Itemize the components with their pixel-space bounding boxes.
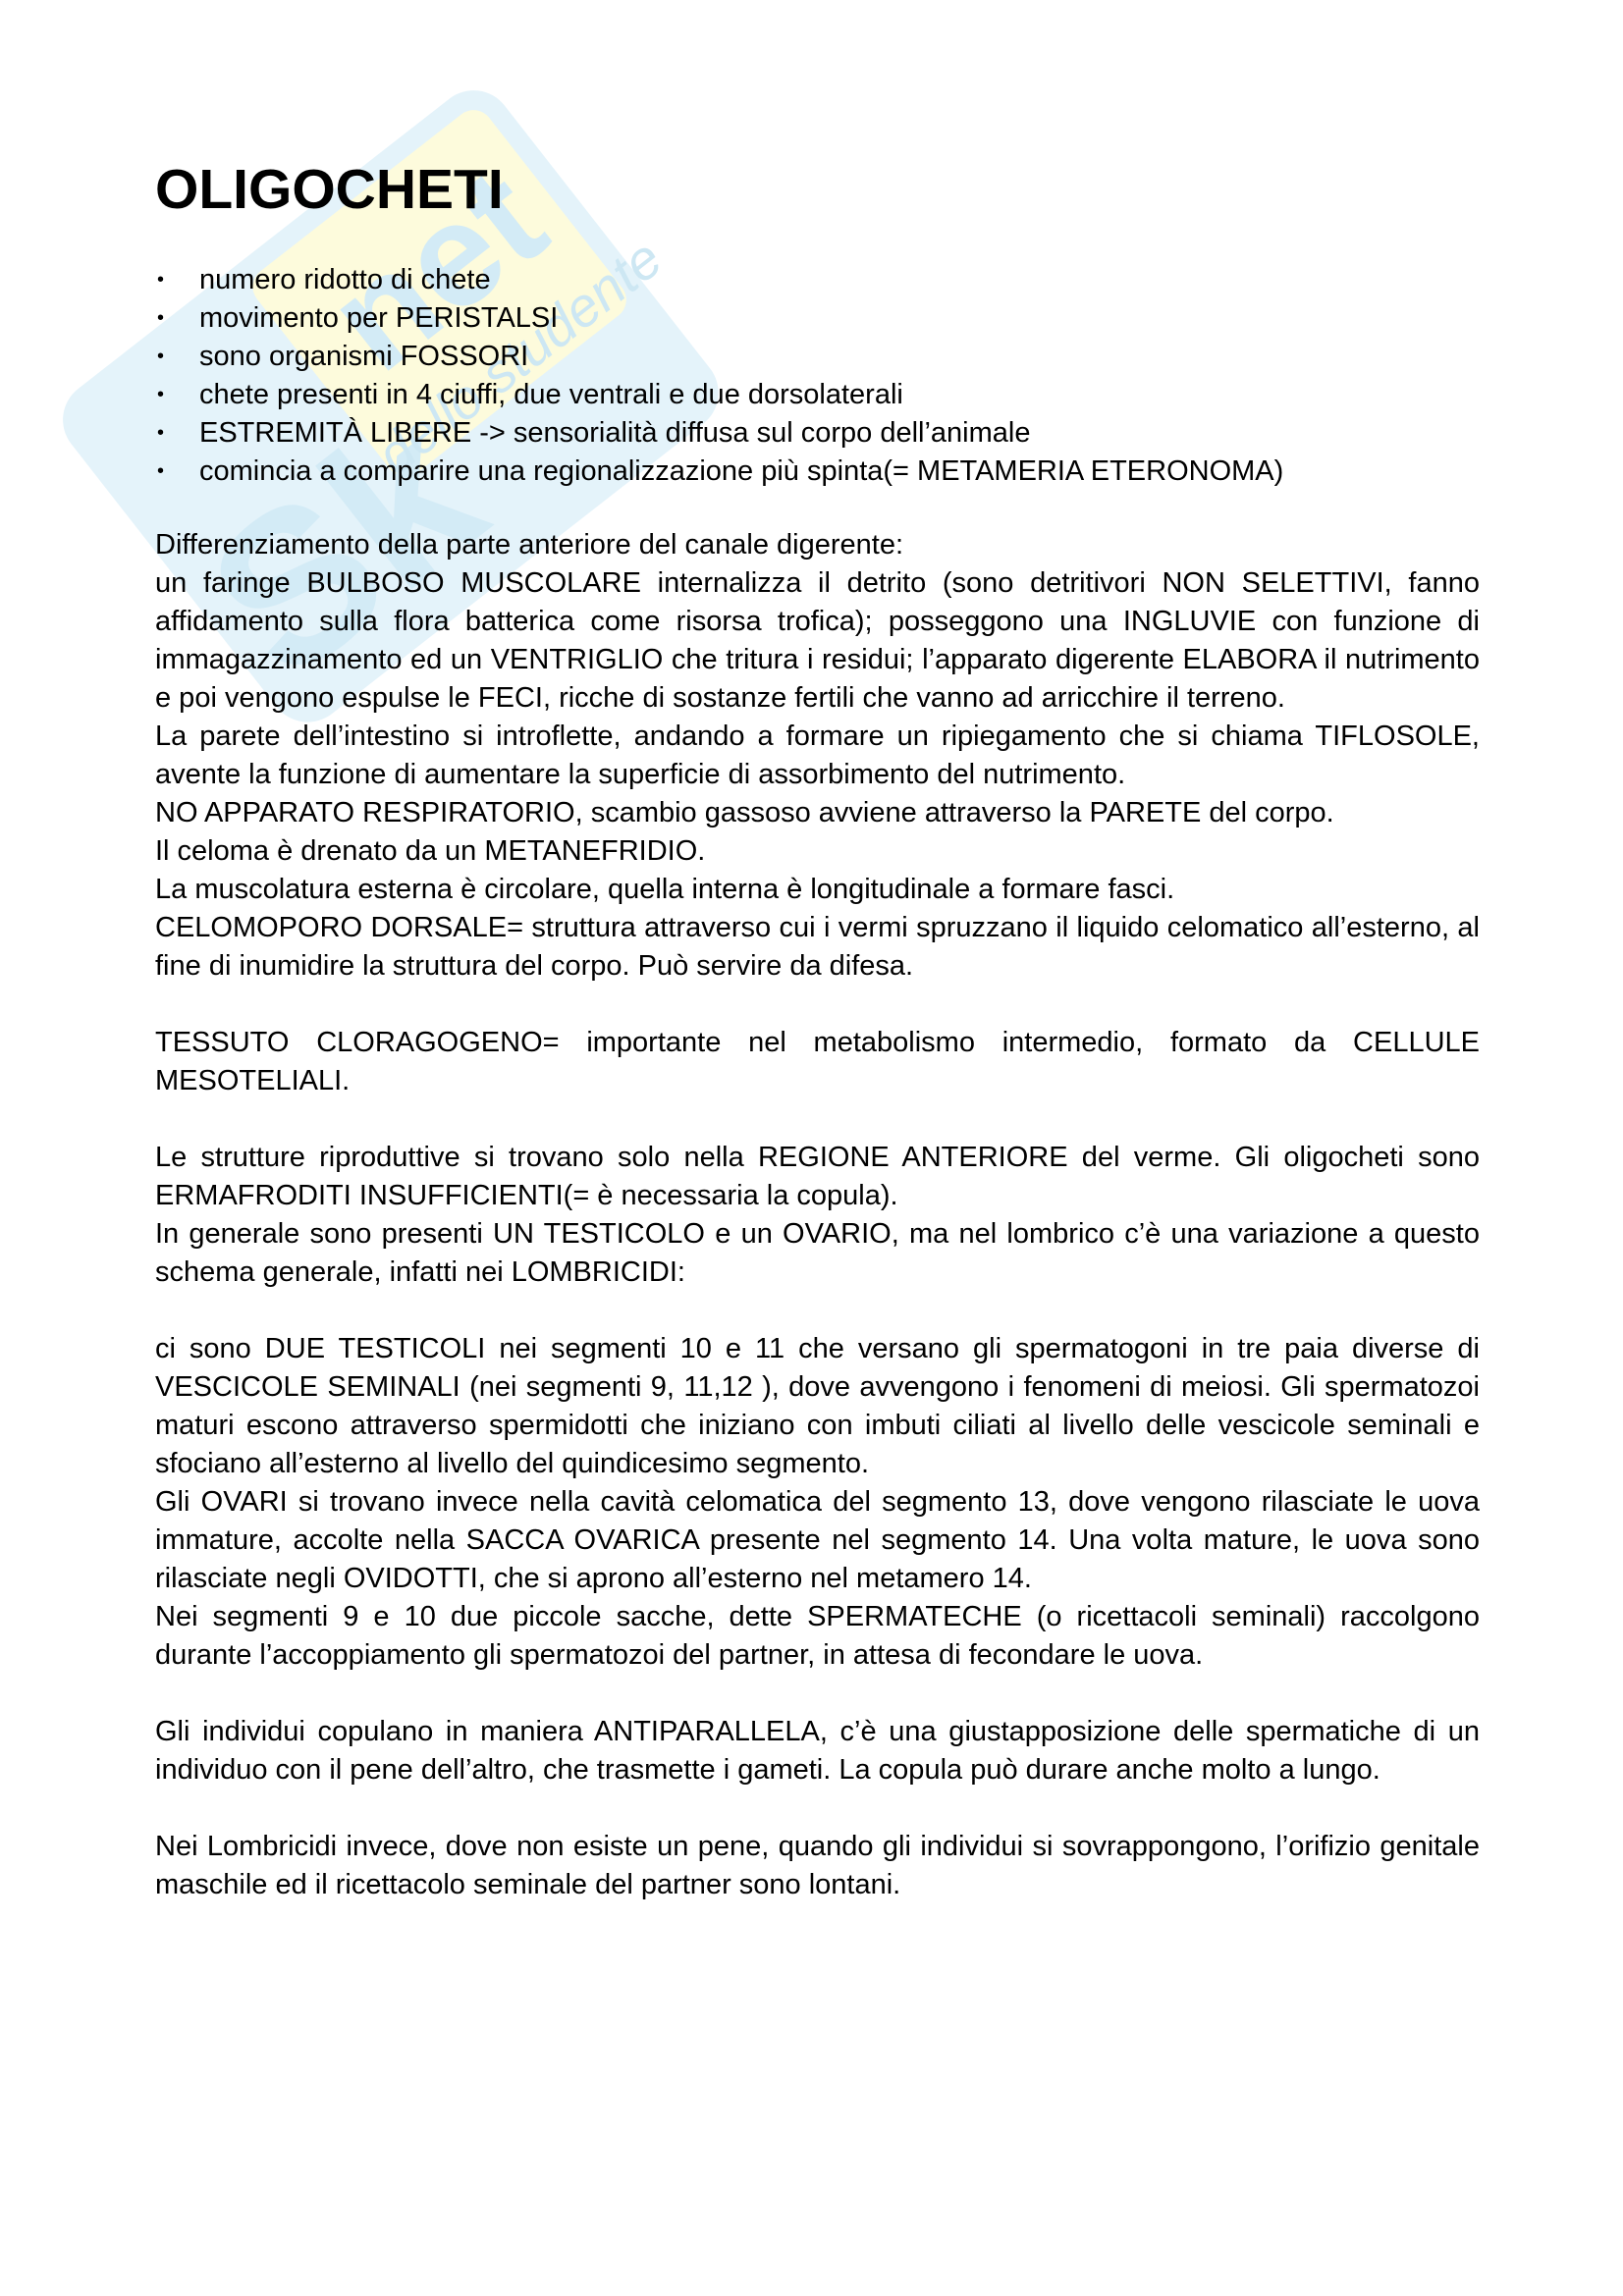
bullet-icon: •: [157, 299, 164, 338]
section-copulation: Gli individui copulano in maniera ANTIPA…: [155, 1713, 1480, 1789]
paragraph: un faringe BULBOSO MUSCOLARE internalizz…: [155, 564, 1480, 718]
paragraph: ci sono DUE TESTICOLI nei segmenti 10 e …: [155, 1330, 1480, 1483]
paragraph: Nei Lombricidi invece, dove non esiste u…: [155, 1828, 1480, 1904]
list-item: •numero ridotto di chete: [155, 261, 1480, 299]
feature-list: •numero ridotto di chete •movimento per …: [155, 261, 1480, 491]
bullet-icon: •: [157, 261, 164, 299]
section-reproductive-structures: Le strutture riproduttive si trovano sol…: [155, 1139, 1480, 1292]
section-lombricidi-note: Nei Lombricidi invece, dove non esiste u…: [155, 1828, 1480, 1904]
list-item: •ESTREMITÀ LIBERE -> sensorialità diffus…: [155, 414, 1480, 453]
paragraph: Gli individui copulano in maniera ANTIPA…: [155, 1713, 1480, 1789]
list-item: •chete presenti in 4 ciuffi, due ventral…: [155, 376, 1480, 414]
paragraph: La parete dell’intestino si introflette,…: [155, 718, 1480, 794]
paragraph: Gli OVARI si trovano invece nella cavità…: [155, 1483, 1480, 1598]
paragraph: In generale sono presenti UN TESTICOLO e…: [155, 1215, 1480, 1292]
paragraph: Le strutture riproduttive si trovano sol…: [155, 1139, 1480, 1215]
list-item: •sono organismi FOSSORI: [155, 338, 1480, 376]
paragraph: CELOMOPORO DORSALE= struttura attraverso…: [155, 909, 1480, 986]
list-item: •comincia a comparire una regionalizzazi…: [155, 453, 1480, 491]
section-chloragogen-tissue: TESSUTO CLORAGOGENO= importante nel meta…: [155, 1024, 1480, 1100]
bullet-icon: •: [157, 414, 164, 453]
paragraph: Nei segmenti 9 e 10 due piccole sacche, …: [155, 1598, 1480, 1675]
paragraph: La muscolatura esterna è circolare, quel…: [155, 871, 1480, 909]
bullet-icon: •: [157, 376, 164, 414]
section-digestive-system: Differenziamento della parte anteriore d…: [155, 526, 1480, 986]
paragraph: Differenziamento della parte anteriore d…: [155, 526, 1480, 564]
list-item: •movimento per PERISTALSI: [155, 299, 1480, 338]
paragraph: TESSUTO CLORAGOGENO= importante nel meta…: [155, 1024, 1480, 1100]
section-lumbricid-reproduction: ci sono DUE TESTICOLI nei segmenti 10 e …: [155, 1330, 1480, 1675]
bullet-icon: •: [157, 453, 164, 491]
document-page: OLIGOCHETI •numero ridotto di chete •mov…: [155, 157, 1480, 1943]
bullet-icon: •: [157, 338, 164, 376]
paragraph: NO APPARATO RESPIRATORIO, scambio gassos…: [155, 794, 1480, 832]
page-title: OLIGOCHETI: [155, 157, 1480, 222]
paragraph: Il celoma è drenato da un METANEFRIDIO.: [155, 832, 1480, 871]
